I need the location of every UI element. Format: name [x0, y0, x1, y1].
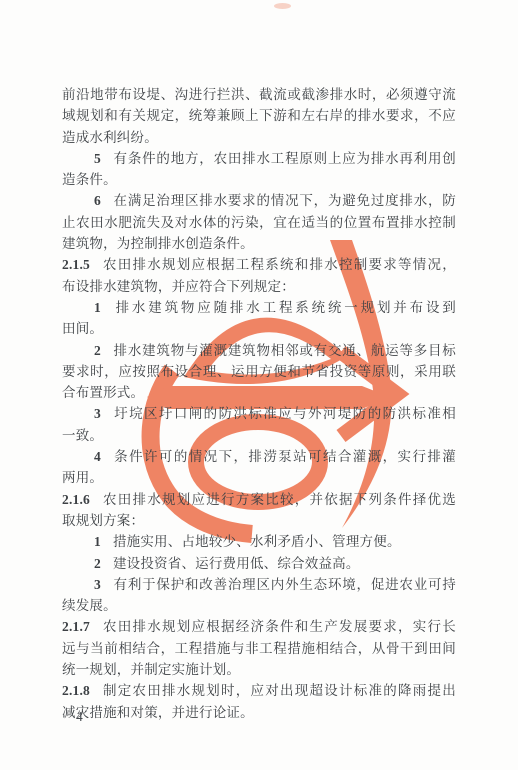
line-text: 减灾措施和对策，并进行论证。 — [62, 705, 254, 720]
line-text: 止农田水肥流失及对水体的污染，宜在适当的位置布置排水控制 — [62, 215, 456, 230]
text-line: 1排水建筑物应随排水工程系统统一规划并布设到 — [62, 297, 456, 318]
text-line: 建筑物，为控制排水创造条件。 — [62, 233, 456, 254]
clause-number: 2.1.8 — [62, 683, 90, 698]
text-line: 2.1.5农田排水规划应根据工程系统和排水控制要求等情况， — [62, 254, 456, 275]
text-line: 续发展。 — [62, 595, 456, 616]
page-number: 4 — [76, 709, 83, 725]
clause-number: 6 — [94, 193, 101, 208]
line-text: 合布置形式。 — [62, 385, 144, 400]
text-line: 2.1.7农田排水规划应根据经济条件和生产发展要求，实行长 — [62, 616, 456, 637]
text-line: 6在满足治理区排水要求的情况下，为避免过度排水，防 — [62, 190, 456, 211]
clause-number: 3 — [94, 406, 101, 421]
line-text: 建设投资省、运行费用低、综合效益高。 — [113, 556, 360, 571]
line-text: 圩垸区圩口闸的防洪标准应与外河堤防的防洪标准相 — [113, 406, 456, 421]
text-line: 止农田水肥流失及对水体的污染，宜在适当的位置布置排水控制 — [62, 212, 456, 233]
text-line: 4条件许可的情况下，排涝泵站可结合灌溉，实行排灌 — [62, 446, 456, 467]
document-page: 前沿地带布设堤、沟进行拦洪、截流或截渗排水时，必须遵守流域规划和有关规定，统筹兼… — [0, 0, 518, 770]
clause-number: 1 — [94, 300, 101, 315]
text-line: 1措施实用、占地较少、水利矛盾小、管理方便。 — [62, 531, 456, 552]
line-text: 造条件。 — [62, 172, 117, 187]
clause-number: 2 — [94, 556, 101, 571]
line-text: 在满足治理区排水要求的情况下，为避免过度排水，防 — [113, 193, 456, 208]
line-text: 要求时，应按照布设合理、运用方便和节省投资等原则，采用联 — [62, 364, 456, 379]
body-text: 前沿地带布设堤、沟进行拦洪、截流或截渗排水时，必须遵守流域规划和有关规定，统筹兼… — [62, 84, 456, 723]
text-line: 一致。 — [62, 425, 456, 446]
line-text: 统一规划，并制定实施计划。 — [62, 662, 240, 677]
text-line: 2.1.8制定农田排水规划时，应对出现超设计标准的降雨提出 — [62, 680, 456, 701]
line-text: 排水建筑物应随排水工程系统统一规划并布设到 — [113, 300, 456, 315]
text-line: 要求时，应按照布设合理、运用方便和节省投资等原则，采用联 — [62, 361, 456, 382]
text-line: 合布置形式。 — [62, 382, 456, 403]
text-line: 3圩垸区圩口闸的防洪标准应与外河堤防的防洪标准相 — [62, 403, 456, 424]
line-text: 有利于保护和改善治理区内外生态环境，促进农业可持 — [113, 577, 456, 592]
line-text: 两用。 — [62, 470, 103, 485]
line-text: 田间。 — [62, 321, 103, 336]
line-text: 有条件的地方，农田排水工程原则上应为排水再利用创 — [113, 151, 456, 166]
text-line: 统一规划，并制定实施计划。 — [62, 659, 456, 680]
line-text: 农田排水规划应根据经济条件和生产发展要求，实行长 — [102, 619, 456, 634]
line-text: 续发展。 — [62, 598, 117, 613]
text-line: 减灾措施和对策，并进行论证。 — [62, 702, 456, 723]
clause-number: 2.1.6 — [62, 492, 90, 507]
text-line: 域规划和有关规定，统筹兼顾上下游和左右岸的排水要求，不应 — [62, 105, 456, 126]
text-line: 布设排水建筑物，并应符合下列规定： — [62, 276, 456, 297]
text-line: 造条件。 — [62, 169, 456, 190]
text-line: 2建设投资省、运行费用低、综合效益高。 — [62, 553, 456, 574]
line-text: 建筑物，为控制排水创造条件。 — [62, 236, 254, 251]
text-line: 远与当前相结合，工程措施与非工程措施相结合，从骨干到田间 — [62, 638, 456, 659]
clause-number: 2.1.7 — [62, 619, 90, 634]
clause-number: 2.1.5 — [62, 257, 90, 272]
ink-speck — [274, 3, 291, 9]
clause-number: 1 — [94, 534, 101, 549]
clause-number: 3 — [94, 577, 101, 592]
line-text: 条件许可的情况下，排涝泵站可结合灌溉，实行排灌 — [113, 449, 456, 464]
text-line: 2排水建筑物与灌溉建筑物相邻或有交通、航运等多目标 — [62, 340, 456, 361]
text-line: 前沿地带布设堤、沟进行拦洪、截流或截渗排水时，必须遵守流 — [62, 84, 456, 105]
line-text: 域规划和有关规定，统筹兼顾上下游和左右岸的排水要求，不应 — [62, 108, 456, 123]
clause-number: 4 — [94, 449, 101, 464]
line-text: 远与当前相结合，工程措施与非工程措施相结合，从骨干到田间 — [62, 641, 456, 656]
line-text: 排水建筑物与灌溉建筑物相邻或有交通、航运等多目标 — [113, 343, 456, 358]
line-text: 制定农田排水规划时，应对出现超设计标准的降雨提出 — [102, 683, 456, 698]
line-text: 措施实用、占地较少、水利矛盾小、管理方便。 — [113, 534, 401, 549]
line-text: 布设排水建筑物，并应符合下列规定： — [62, 279, 295, 294]
clause-number: 2 — [94, 343, 101, 358]
text-line: 5有条件的地方，农田排水工程原则上应为排水再利用创 — [62, 148, 456, 169]
line-text: 一致。 — [62, 428, 103, 443]
text-line: 造成水利纠纷。 — [62, 127, 456, 148]
text-line: 2.1.6农田排水规划应进行方案比较，并依据下列条件择优选 — [62, 489, 456, 510]
text-line: 取规划方案： — [62, 510, 456, 531]
text-line: 田间。 — [62, 318, 456, 339]
text-line: 两用。 — [62, 467, 456, 488]
clause-number: 5 — [94, 151, 101, 166]
line-text: 造成水利纠纷。 — [62, 130, 158, 145]
text-line: 3有利于保护和改善治理区内外生态环境，促进农业可持 — [62, 574, 456, 595]
line-text: 农田排水规划应根据工程系统和排水控制要求等情况， — [102, 257, 456, 272]
line-text: 农田排水规划应进行方案比较，并依据下列条件择优选 — [102, 492, 456, 507]
line-text: 前沿地带布设堤、沟进行拦洪、截流或截渗排水时，必须遵守流 — [62, 87, 456, 102]
line-text: 取规划方案： — [62, 513, 144, 528]
